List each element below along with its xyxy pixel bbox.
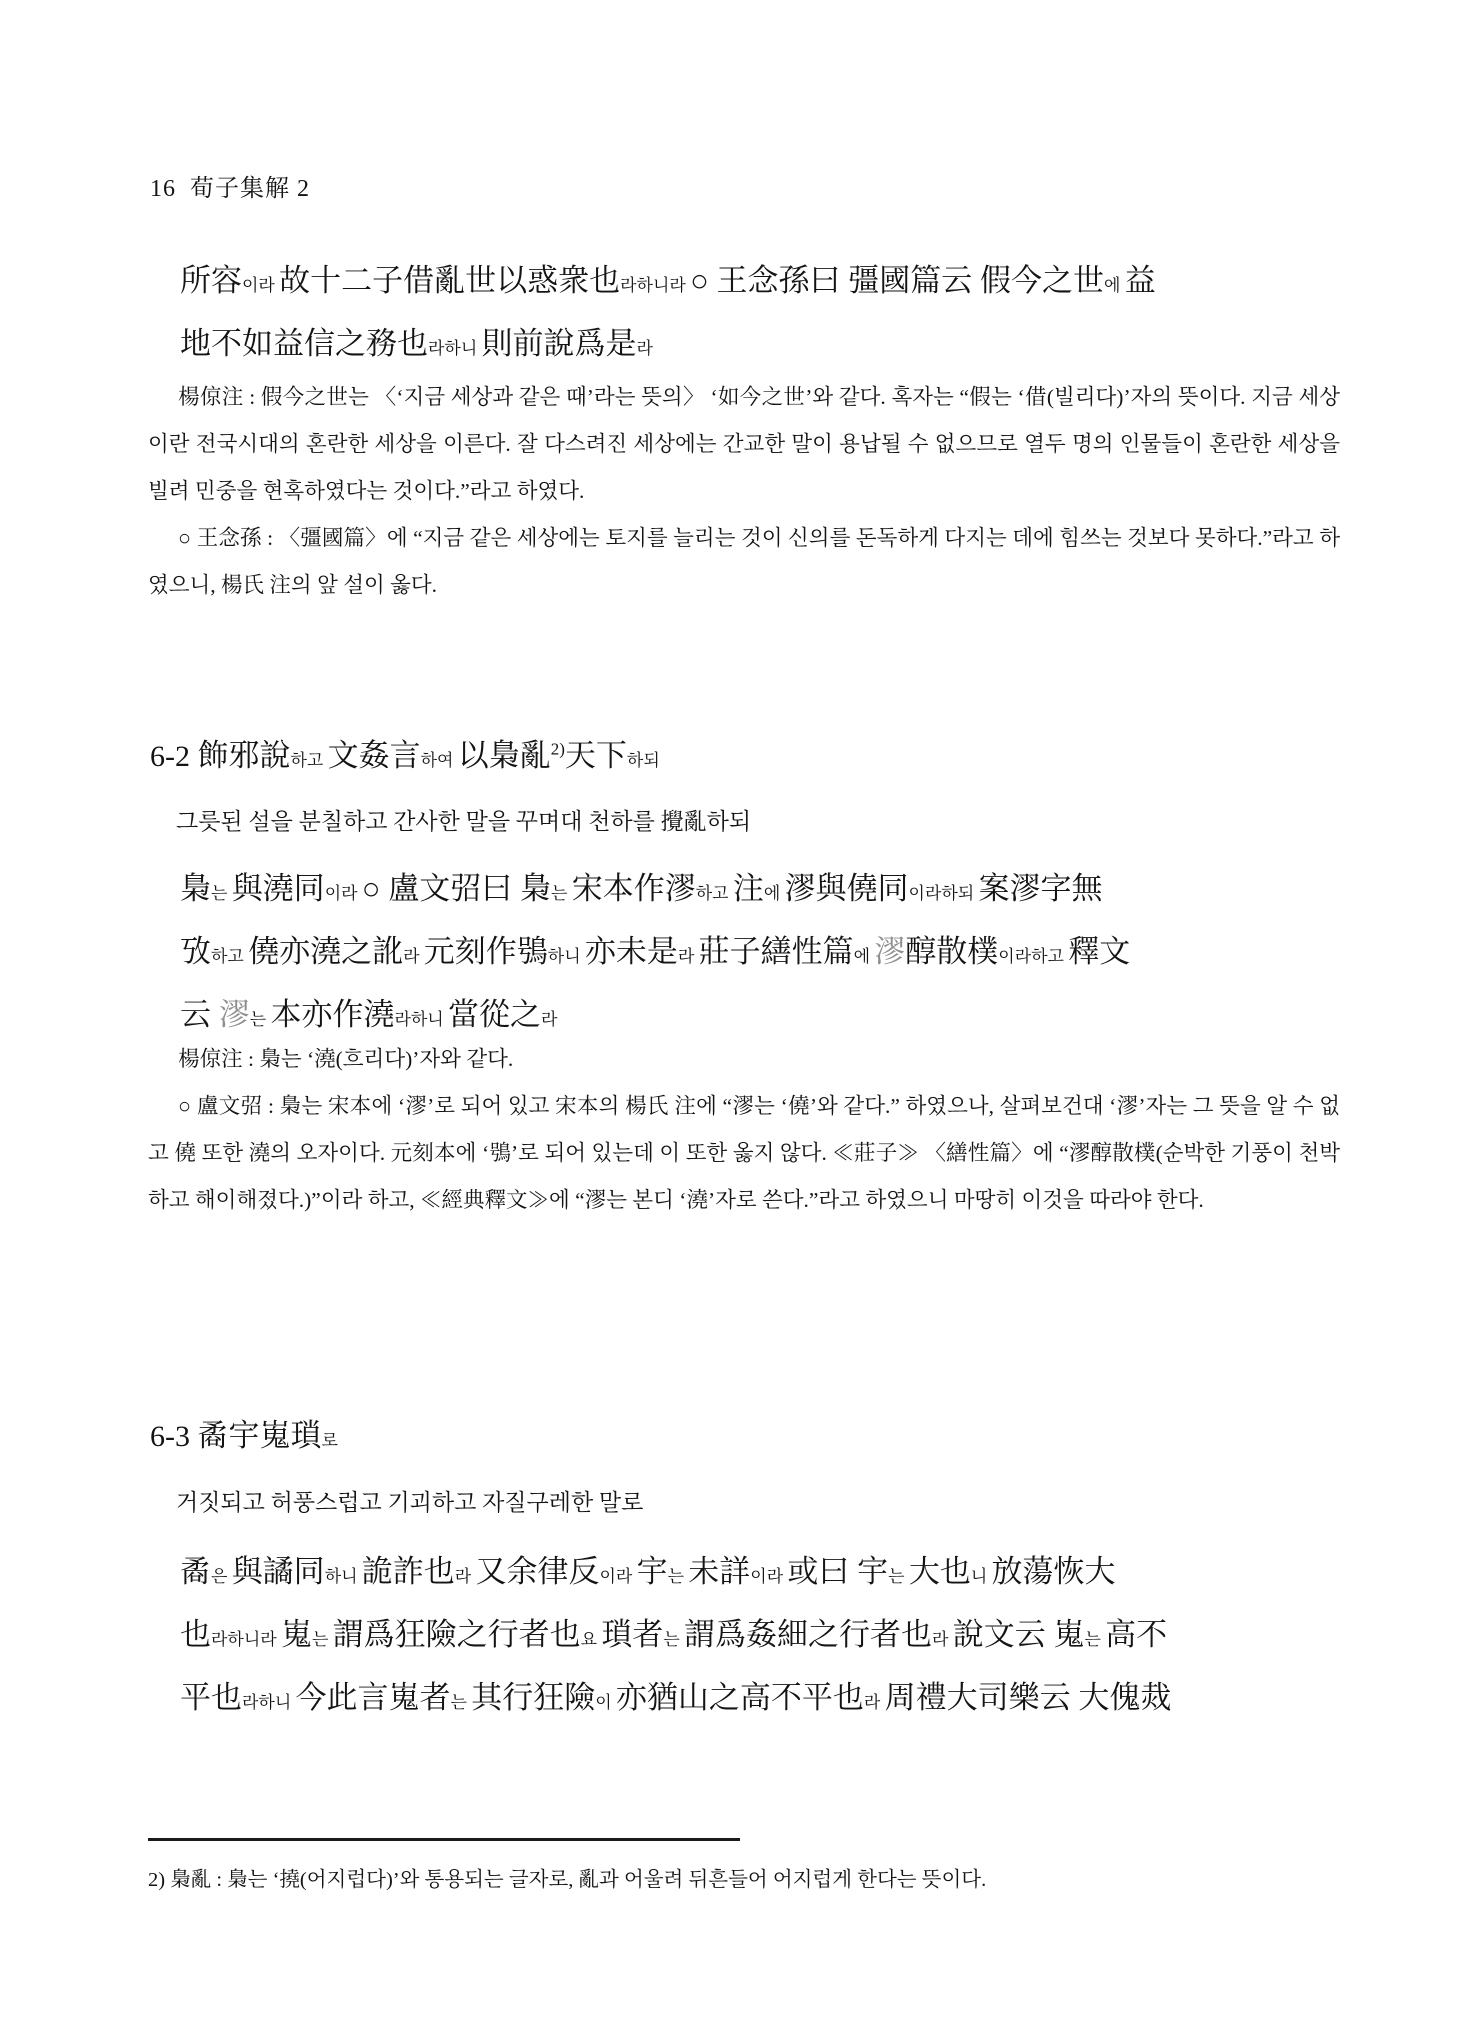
text-line: 6-2 飾邪說하고 文姦言하여 以梟亂2)天下하되 <box>150 726 1350 791</box>
hanmun-passage-6-2: 梟는 與澆同이라 ○ 盧文弨曰 梟는 宋本作漻하고 注에 漻與僥同이라하되 案漻… <box>180 860 1340 1049</box>
footnote-text: 2) 梟亂 : 梟는 ‘撓(어지럽다)’와 통용되는 글자로, 亂과 어울려 뒤… <box>148 1863 1344 1897</box>
text-line: 6-3 矞宇嵬瑣로 <box>150 1406 1350 1471</box>
text-line: 所容이라 故十二子借亂世以惑衆也라하니라 ○ 王念孫曰 彊國篇云 假今之世에 益 <box>180 252 1340 315</box>
text-line: 也라하니라 嵬는 謂爲狂險之行者也요 瑣者는 謂爲姦細之行者也라 說文云 嵬는 … <box>180 1606 1340 1669</box>
book-page: 16 荀子集解 2 所容이라 故十二子借亂世以惑衆也라하니라 ○ 王念孫曰 彊國… <box>0 0 1480 2024</box>
text-line: 矞은 與譎同하니 詭詐也라 又余律反이라 宇는 未詳이라 或曰 宇는 大也니 放… <box>180 1543 1340 1606</box>
hanmun-passage-6-1: 所容이라 故十二子借亂世以惑衆也라하니라 ○ 王念孫曰 彊國篇云 假今之世에 益… <box>180 252 1340 378</box>
text-line: 地不如益信之務也라하니 則前說爲是라 <box>180 315 1340 378</box>
commentary-6-1: 楊倞注 : 假今之世는 〈‘지금 세상과 같은 때’라는 뜻의〉 ‘如今之世’와… <box>148 374 1340 609</box>
korean-translation-6-3: 거짓되고 허풍스럽고 기괴하고 자질구레한 말로 <box>176 1483 1336 1523</box>
commentary-6-2: 楊倞注 : 梟는 ‘澆(흐리다)’자와 같다. ○ 盧文弨 : 梟는 宋本에 ‘… <box>148 1036 1340 1224</box>
commentary-paragraph-wang-niansun: ○ 王念孫 : 〈彊國篇〉에 “지금 같은 세상에는 토지를 늘리는 것이 신의… <box>148 515 1340 609</box>
commentary-paragraph-yang-note: 楊倞注 : 假今之世는 〈‘지금 세상과 같은 때’라는 뜻의〉 ‘如今之世’와… <box>148 374 1340 515</box>
commentary-paragraph-lu-wenchao: ○ 盧文弨 : 梟는 宋本에 ‘漻’로 되어 있고 宋本의 楊氏 注에 “漻는 … <box>148 1083 1340 1224</box>
footnote-area: 2) 梟亂 : 梟는 ‘撓(어지럽다)’와 통용되는 글자로, 亂과 어울려 뒤… <box>148 1838 1344 1897</box>
text-line: 梟는 與澆同이라 ○ 盧文弨曰 梟는 宋本作漻하고 注에 漻與僥同이라하되 案漻… <box>180 860 1340 923</box>
hanmun-passage-6-3: 矞은 與譎同하니 詭詐也라 又余律反이라 宇는 未詳이라 或曰 宇는 大也니 放… <box>180 1543 1340 1732</box>
korean-translation-6-2: 그릇된 설을 분칠하고 간사한 말을 꾸며대 천하를 攪亂하되 <box>176 802 1336 842</box>
section-heading-6-2: 6-2 飾邪說하고 文姦言하여 以梟亂2)天下하되 <box>150 726 1350 791</box>
text-line: 平也라하니 今此言嵬者는 其行狂險이 亦猶山之高不平也라 周禮大司樂云 大傀烖 <box>180 1669 1340 1732</box>
footnote-divider <box>148 1838 740 1841</box>
text-line: 攷하고 僥亦澆之訛라 元刻作鴞하니 亦未是라 莊子繕性篇에 漻醇散樸이라하고 釋… <box>180 923 1340 986</box>
running-head: 16 荀子集解 2 <box>150 168 310 203</box>
commentary-paragraph-yang-note: 楊倞注 : 梟는 ‘澆(흐리다)’자와 같다. <box>148 1036 1340 1083</box>
section-heading-6-3: 6-3 矞宇嵬瑣로 <box>150 1406 1350 1471</box>
